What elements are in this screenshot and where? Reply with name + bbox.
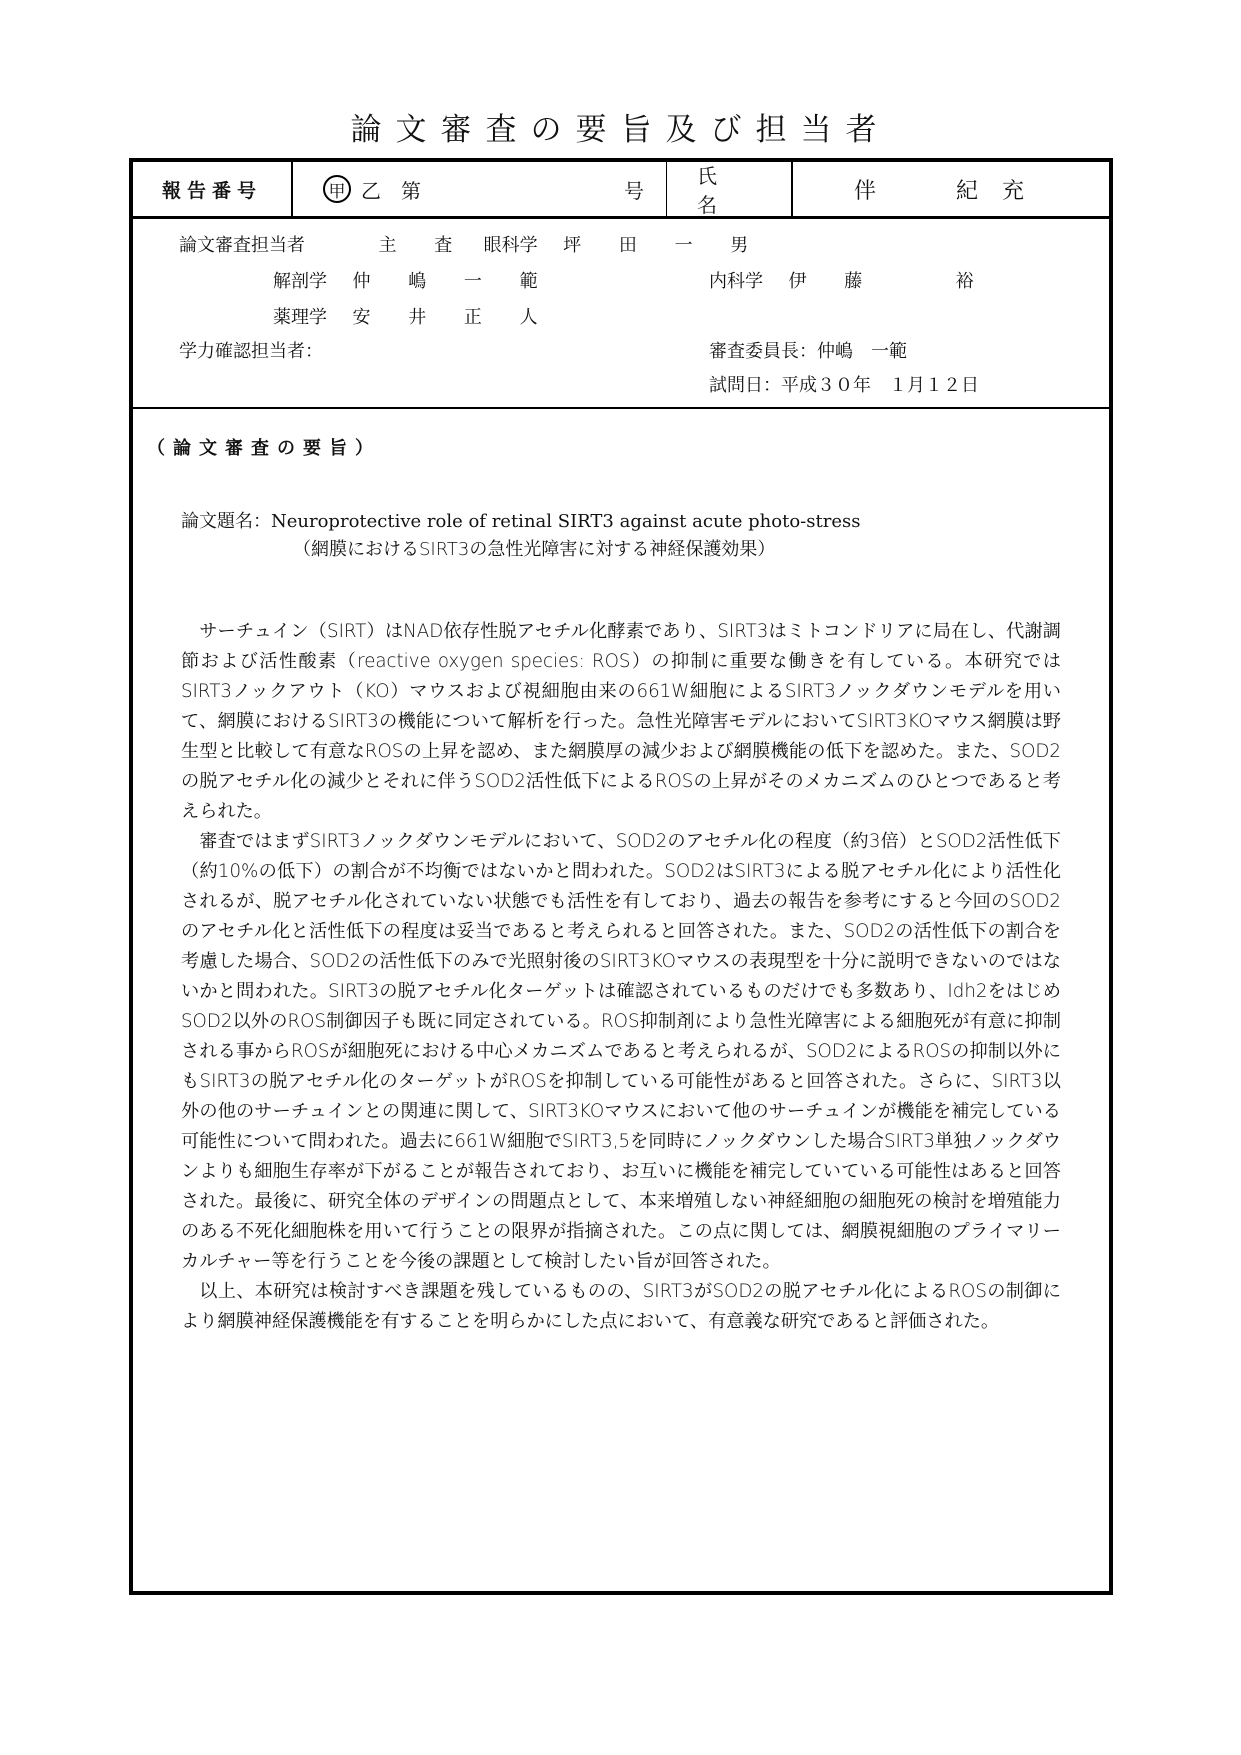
summary-paragraph: サーチュイン（SIRT）はNAD依存性脱アセチル化酵素であり、SIRT3はミトコ… (181, 617, 1061, 827)
chief-role: 主 査 (378, 235, 468, 256)
summary-paragraph: 審査ではまずSIRT3ノックダウンモデルにおいて、SOD2のアセチル化の程度（約… (181, 827, 1061, 1277)
otsu-label: 乙 (361, 175, 401, 204)
examiner-member: 内科学 伊 藤 裕 (709, 267, 990, 293)
member-name: 仲 嶋 一 範 (352, 271, 553, 292)
examiner-member: 解剖学 仲 嶋 一 範 (273, 267, 554, 293)
examiners-label: 論文審査担当者 (179, 235, 305, 256)
member-dept: 薬理学 (273, 307, 327, 328)
examiner-member: 薬理学 安 井 正 人 (273, 303, 554, 329)
report-number-cell: 甲 乙 第 号 (293, 162, 667, 216)
kou-circled-icon: 甲 (323, 175, 351, 203)
review-form-frame: 報告番号 甲 乙 第 号 氏名 伴 紀充 論文審査担当者 主 査 眼科学 坪 田… (129, 158, 1113, 1595)
thesis-title: 論文題名：Neuroprotective role of retinal SIR… (181, 507, 860, 533)
summary-body: サーチュイン（SIRT）はNAD依存性脱アセチル化酵素であり、SIRT3はミトコ… (181, 617, 1061, 1337)
examiners-row-chief: 論文審査担当者 主 査 眼科学 坪 田 一 男 (179, 231, 764, 257)
member-name: 伊 藤 裕 (788, 271, 989, 292)
member-dept: 内科学 (709, 271, 763, 292)
thesis-title-en: Neuroprotective role of retinal SIRT3 ag… (271, 511, 860, 532)
name-label: 氏名 (667, 162, 793, 216)
go-label: 号 (624, 162, 644, 216)
examiners-section: 論文審査担当者 主 査 眼科学 坪 田 一 男 解剖学 仲 嶋 一 範 内科学 … (133, 219, 1109, 409)
candidate-name: 伴 紀充 (793, 162, 1109, 216)
report-header-row: 報告番号 甲 乙 第 号 氏名 伴 紀充 (133, 162, 1109, 219)
chief-dept: 眼科学 (484, 235, 538, 256)
dai-label: 第 (401, 175, 421, 204)
member-name: 安 井 正 人 (352, 307, 553, 328)
thesis-title-ja: （網膜におけるSIRT3の急性光障害に対する神経保護効果） (293, 535, 775, 561)
candidate-given-name: 紀充 (956, 174, 1048, 205)
chief-name: 坪 田 一 男 (563, 235, 764, 256)
member-dept: 解剖学 (273, 271, 327, 292)
summary-heading: （論文審査の要旨） (147, 434, 381, 460)
report-number-label: 報告番号 (133, 162, 293, 216)
summary-paragraph: 以上、本研究は検討すべき課題を残しているものの、SIRT3がSOD2の脱アセチル… (181, 1277, 1061, 1337)
thesis-title-label: 論文題名： (181, 511, 271, 532)
exam-date: 試問日：平成３０年 １月１２日 (709, 371, 979, 397)
academic-check-label: 学力確認担当者： (179, 337, 323, 363)
committee-chair: 審査委員長：仲嶋 一範 (709, 337, 907, 363)
page-title: 論文審査の要旨及び担当者 (0, 104, 1241, 149)
candidate-surname: 伴 (854, 174, 876, 205)
